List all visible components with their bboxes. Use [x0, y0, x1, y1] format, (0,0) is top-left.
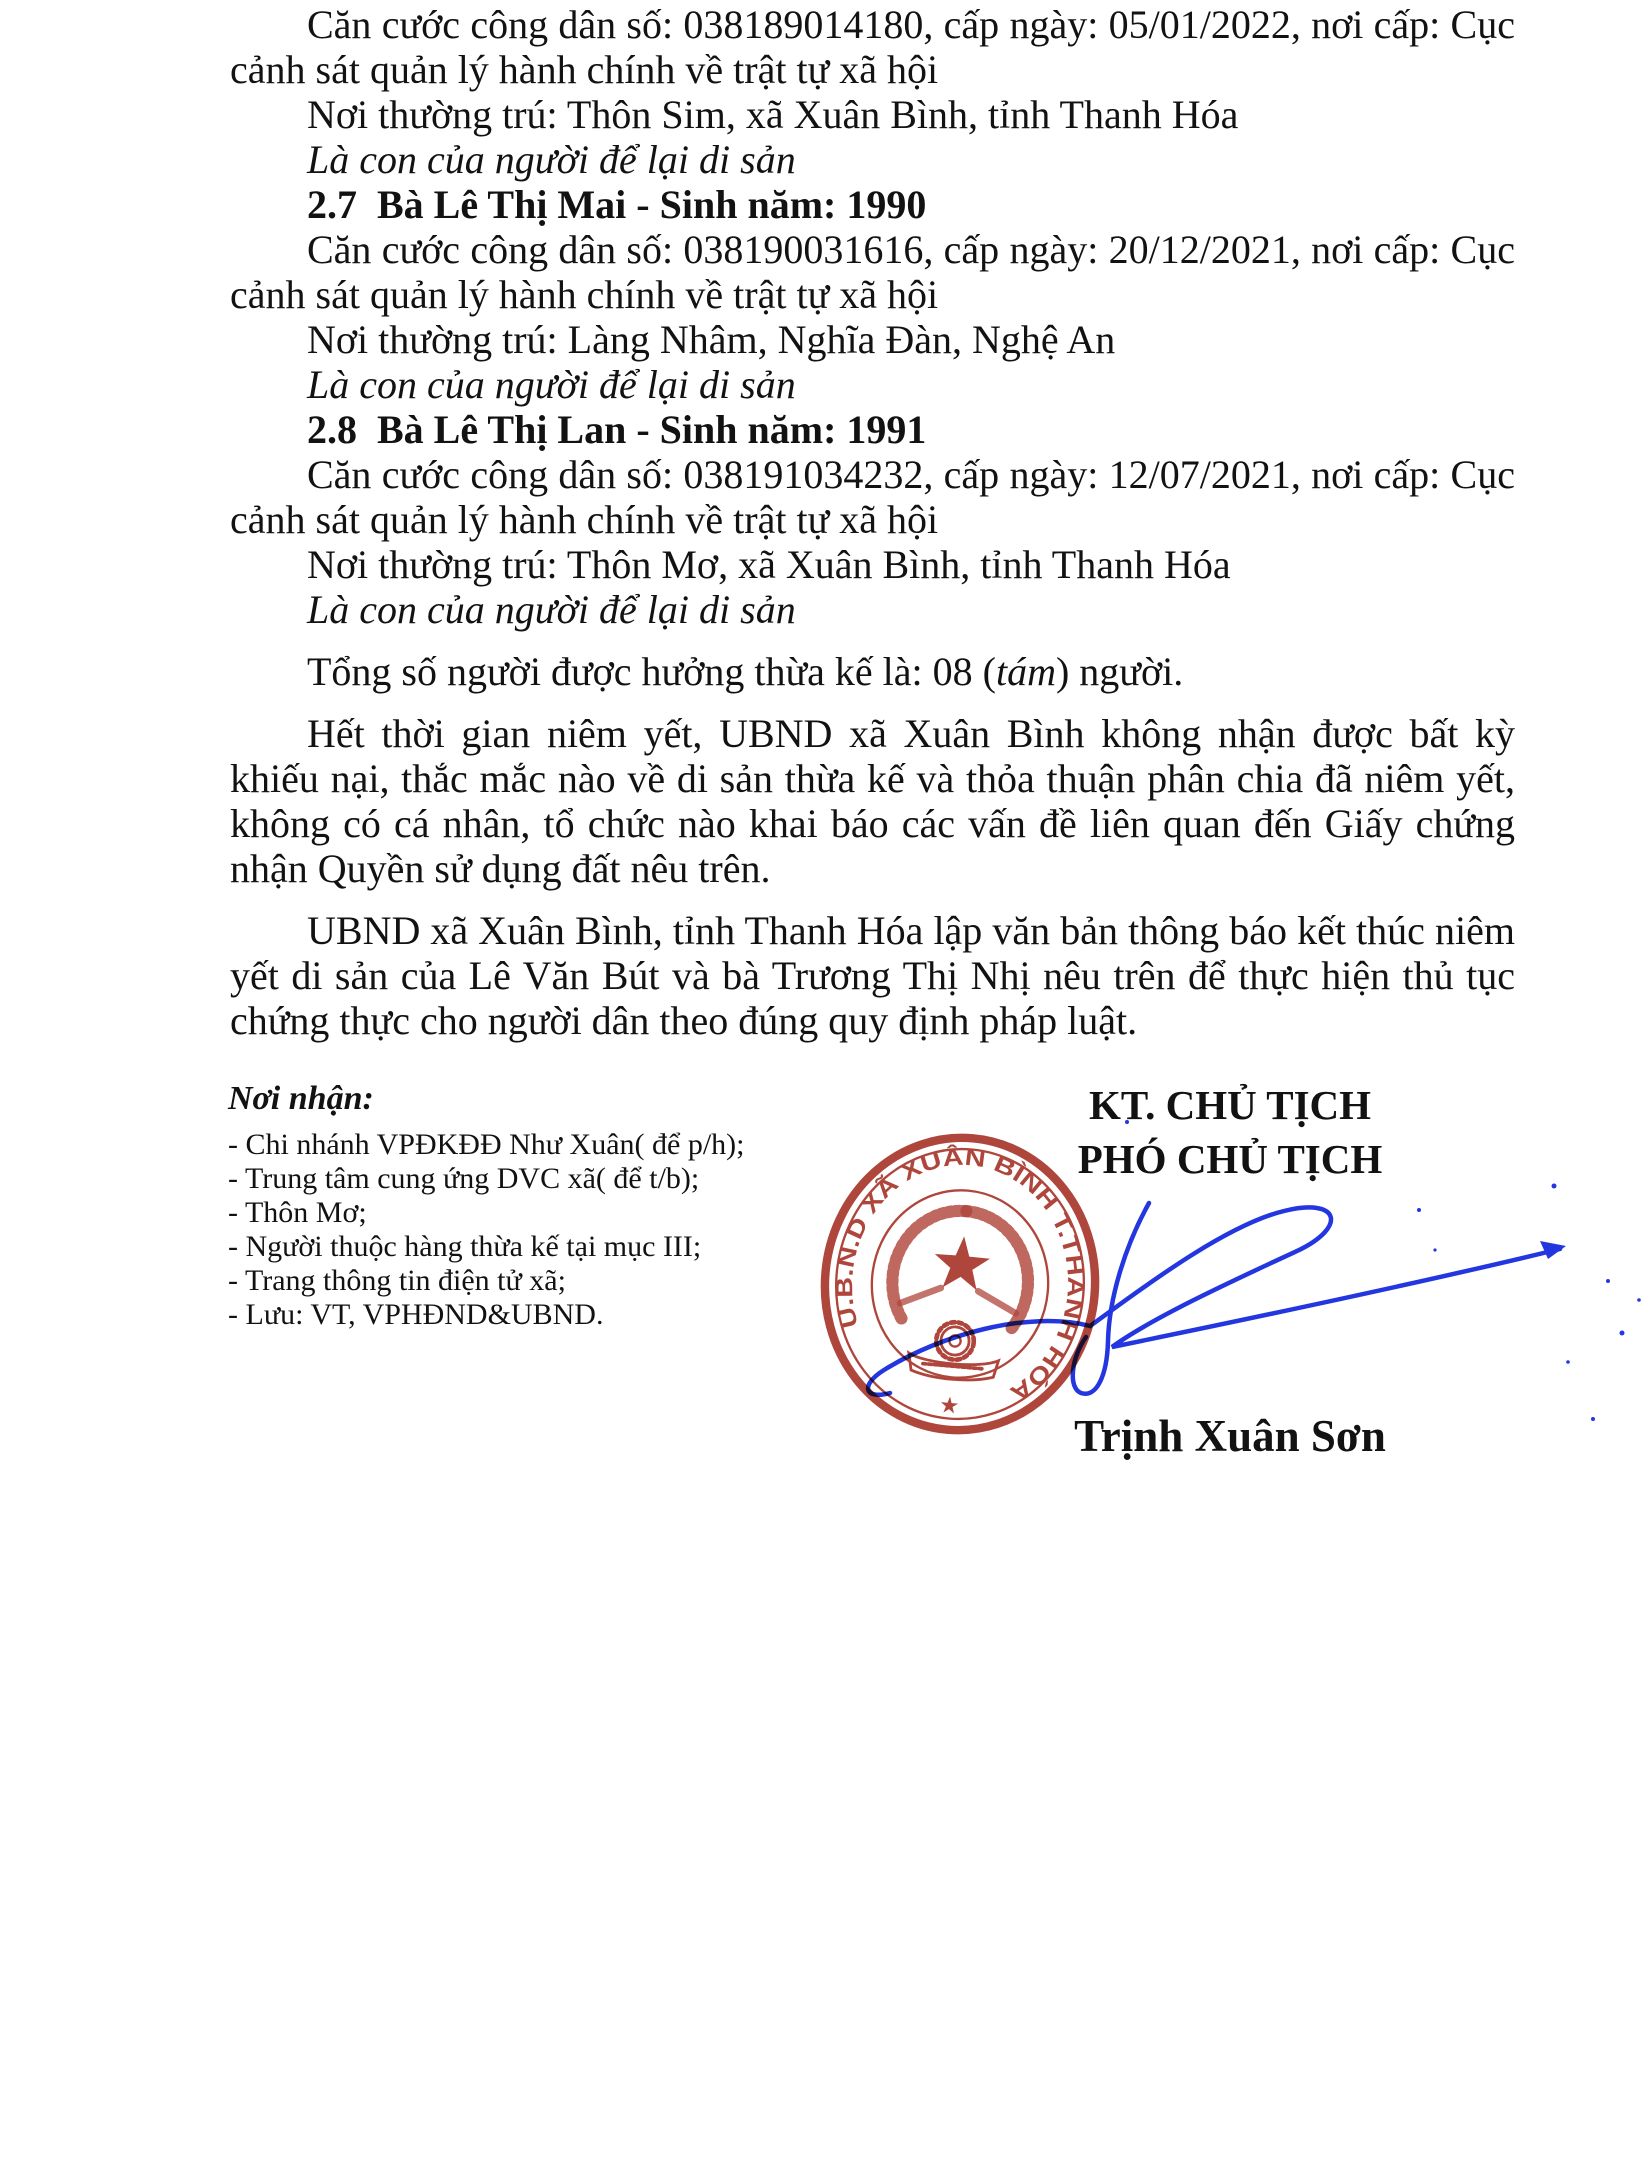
recipient-item: - Trung tâm cung ứng DVC xã( để t/b);	[228, 1162, 788, 1196]
paragraph-conclusion: UBND xã Xuân Bình, tỉnh Thanh Hóa lập vă…	[230, 908, 1515, 1043]
heading-person-2-8: 2.8 Bà Lê Thị Lan - Sinh năm: 1991	[230, 407, 1515, 452]
paragraph-total-heirs: Tổng số người được hưởng thừa kế là: 08 …	[230, 649, 1515, 694]
paragraph-relation-2: Là con của người để lại di sản	[230, 362, 1515, 407]
recipient-item: - Lưu: VT, VPHĐND&UBND.	[228, 1298, 788, 1332]
total-heirs-italic: tám	[996, 649, 1056, 694]
recipient-item: - Trang thông tin điện tử xã;	[228, 1264, 788, 1298]
paragraph-no-complaints: Hết thời gian niêm yết, UBND xã Xuân Bìn…	[230, 711, 1515, 891]
total-heirs-prefix: Tổng số người được hưởng thừa kế là: 08 …	[307, 649, 996, 694]
paragraph-cccd-1: Căn cước công dân số: 038189014180, cấp …	[230, 2, 1515, 92]
recipients-block: Nơi nhận: - Chi nhánh VPĐKĐĐ Như Xuân( đ…	[228, 1080, 788, 1332]
recipients-list: - Chi nhánh VPĐKĐĐ Như Xuân( để p/h); - …	[228, 1128, 788, 1332]
document-body: Căn cước công dân số: 038189014180, cấp …	[230, 2, 1515, 1043]
document-page: Căn cước công dân số: 038189014180, cấp …	[0, 0, 1648, 2181]
paragraph-residence-3: Nơi thường trú: Thôn Mơ, xã Xuân Bình, t…	[230, 542, 1515, 587]
paragraph-relation-3: Là con của người để lại di sản	[230, 587, 1515, 632]
recipient-item: - Thôn Mơ;	[228, 1196, 788, 1230]
recipients-label: Nơi nhận:	[228, 1080, 788, 1118]
paragraph-relation-1: Là con của người để lại di sản	[230, 137, 1515, 182]
paragraph-residence-2: Nơi thường trú: Làng Nhâm, Nghĩa Đàn, Ng…	[230, 317, 1515, 362]
paragraph-residence-1: Nơi thường trú: Thôn Sim, xã Xuân Bình, …	[230, 92, 1515, 137]
recipient-item: - Chi nhánh VPĐKĐĐ Như Xuân( để p/h);	[228, 1128, 788, 1162]
paragraph-cccd-3: Căn cước công dân số: 038191034232, cấp …	[230, 452, 1515, 542]
handwritten-signature	[850, 1100, 1648, 1480]
paragraph-cccd-2: Căn cước công dân số: 038190031616, cấp …	[230, 227, 1515, 317]
heading-person-2-7: 2.7 Bà Lê Thị Mai - Sinh năm: 1990	[230, 182, 1515, 227]
total-heirs-suffix: ) người.	[1056, 649, 1183, 694]
recipient-item: - Người thuộc hàng thừa kế tại mục III;	[228, 1230, 788, 1264]
